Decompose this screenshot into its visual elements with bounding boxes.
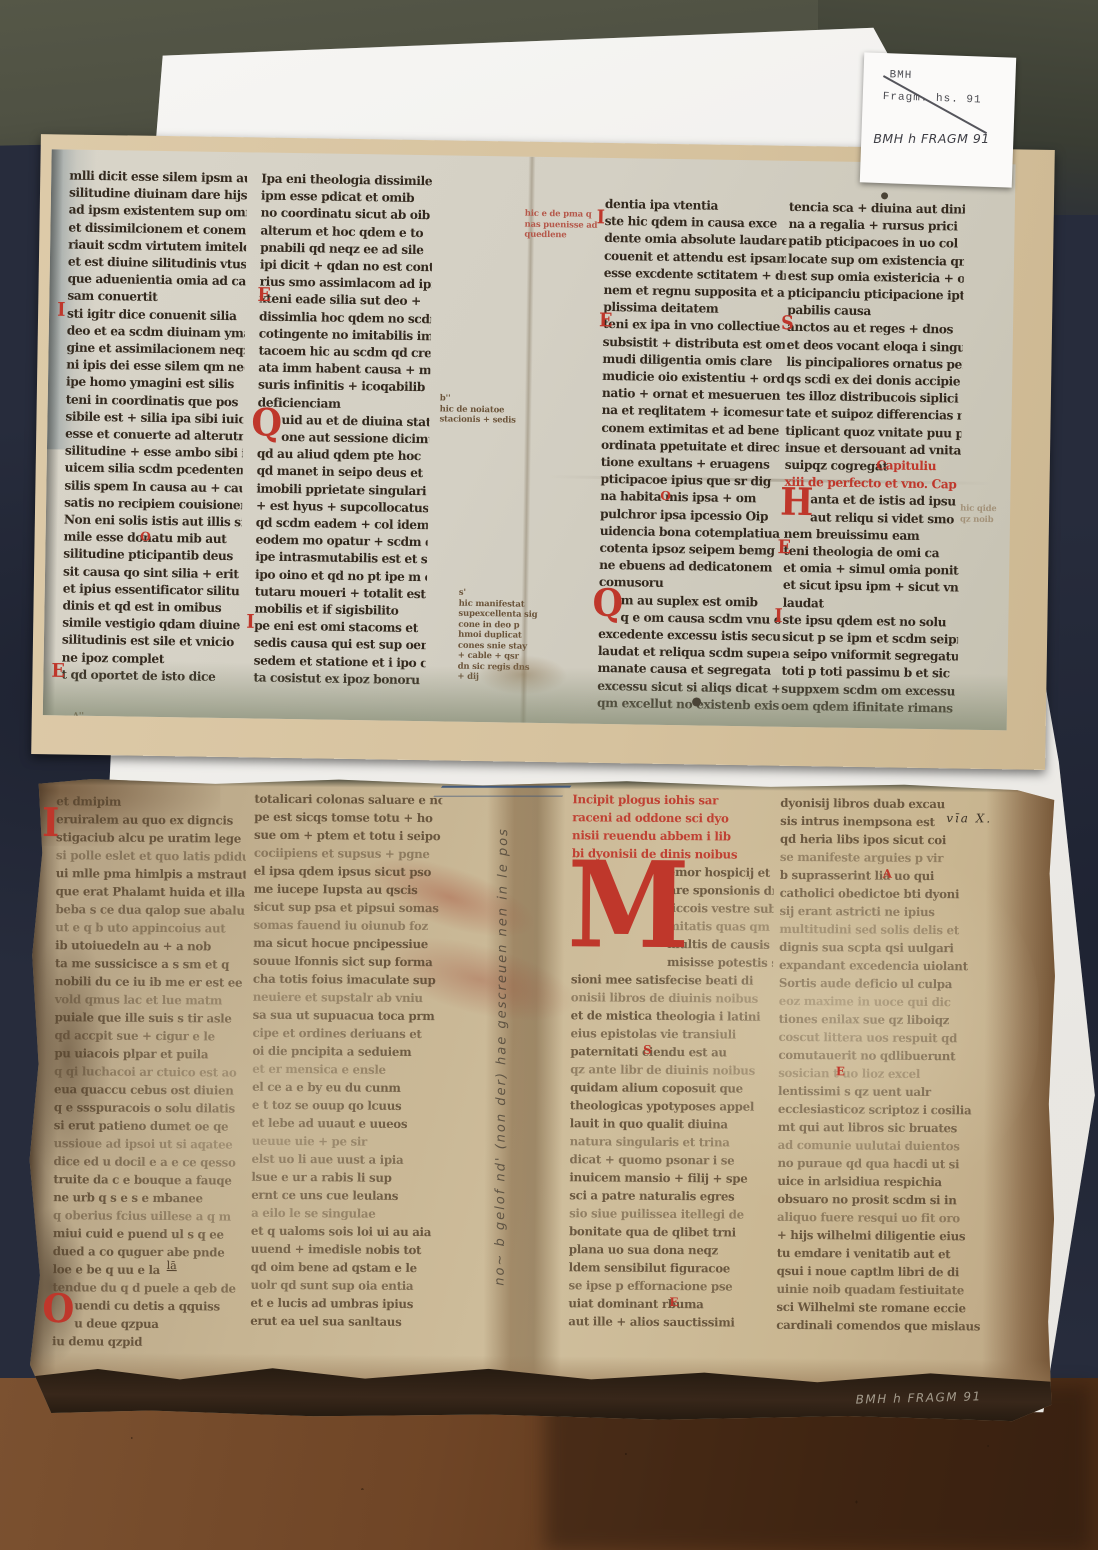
label-typed-line2: Fragm. hs. 91	[883, 91, 982, 106]
upper-mount-board: mlli dicit esse silem ipsm ausilitudine …	[31, 134, 1055, 770]
faded-area-left	[86, 896, 419, 1319]
label-handwritten-shelfmark: BMH h FRAGM 91	[873, 131, 989, 146]
upper-text-column-4: tencia sca + diuina aut dinina a regalia…	[781, 199, 965, 718]
faded-area-right	[637, 841, 1040, 1204]
wormhole-2	[881, 192, 888, 199]
shelfmark-label: BMH Fragm. hs. 91 BMH h FRAGM 91	[860, 52, 1016, 187]
upper-text-column-3: dentia ipa vtentiaste hic qdem in causa …	[597, 196, 787, 715]
stray-mark: lā	[167, 1259, 177, 1272]
marginal-note-station: b''hic de noiatoestacionis + sedis	[439, 393, 516, 426]
lower-fragment: et dmipimeruiralem au quo ex digncisstig…	[26, 776, 1059, 1424]
blue-ink-mark	[433, 786, 571, 797]
top-right-inscription: vīa X.	[946, 811, 992, 825]
upper-fragment: mlli dicit esse silem ipsm ausilitudine …	[43, 149, 1016, 730]
photograph: BMH Fragm. hs. 91 BMH h FRAGM 91 mlli di…	[0, 0, 1098, 1550]
marginal-note-right: hic qideqz noib	[960, 504, 997, 526]
marginal-note-red: hic e de pma qnas puenisse adquedlene	[524, 209, 597, 242]
wormhole	[692, 697, 701, 706]
upper-text-column-1: mlli dicit esse silem ipsm ausilitudine …	[61, 168, 247, 687]
